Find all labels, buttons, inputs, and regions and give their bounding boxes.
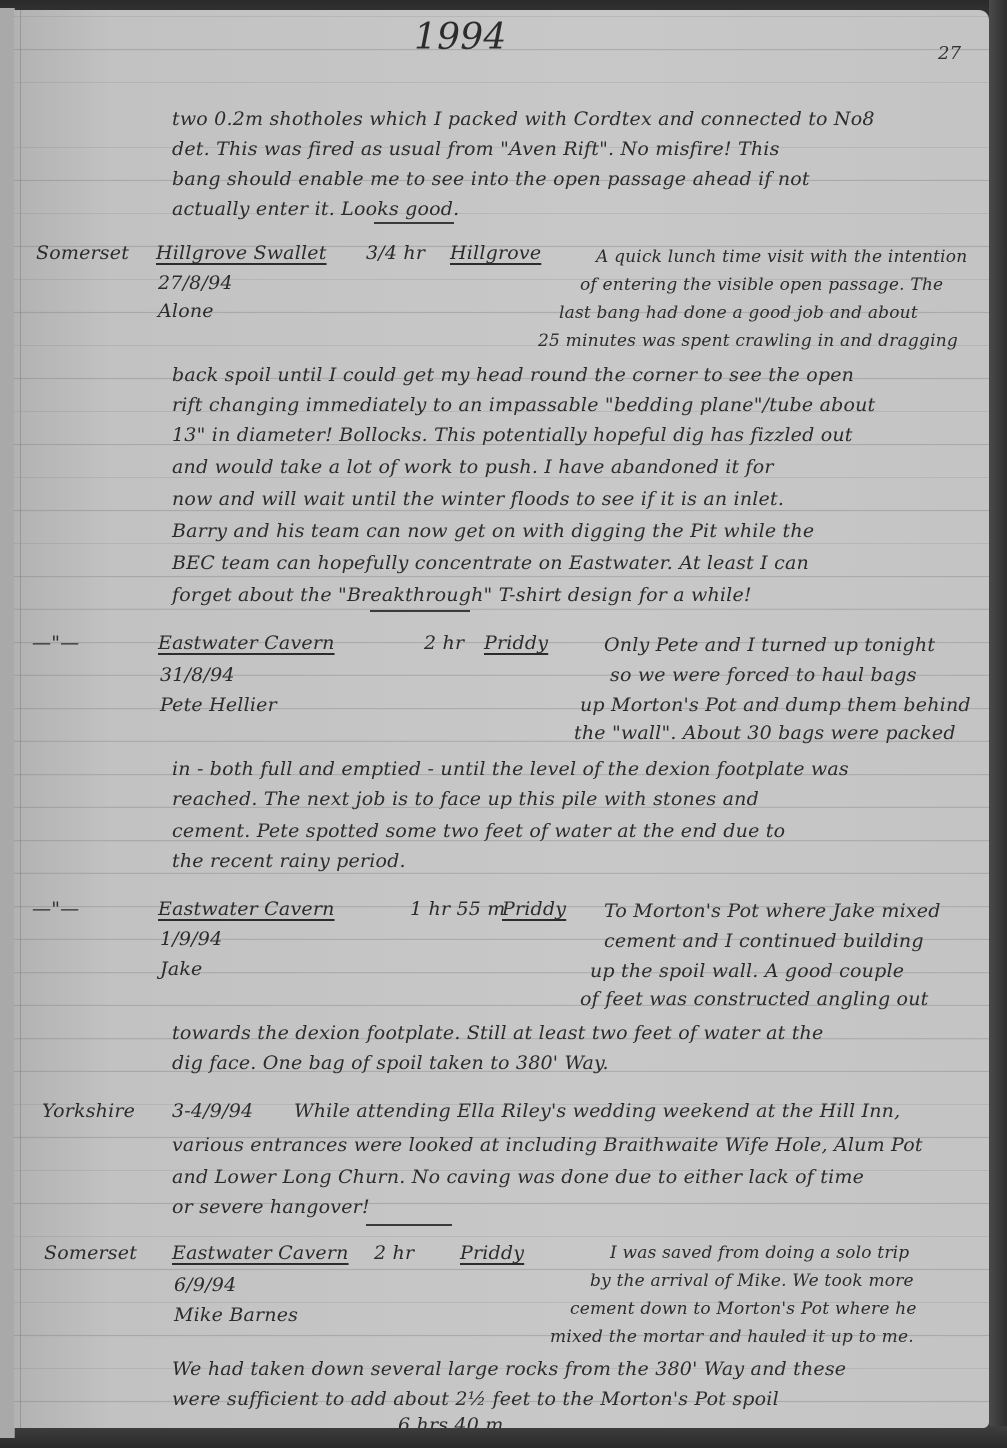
section-divider [366,1224,452,1226]
entry-text-line: 13" in diameter! Bollocks. This potentia… [172,420,853,451]
entry-party: Pete Hellier [160,690,277,721]
entry-text-line: up the spoil wall. A good couple [590,956,904,987]
entry-text-line: the recent rainy period. [172,846,406,877]
entry-text-line: rift changing immediately to an impassab… [172,390,875,421]
entry-text-line: A quick lunch time visit with the intent… [596,242,967,273]
entry-text-line: the "wall". About 30 bags were packed [574,718,956,749]
entry-duration: 1 hr 55 m [410,894,506,925]
entry-region: Somerset [44,1238,137,1269]
entry-region: Somerset [36,238,129,269]
entry-text-line: last bang had done a good job and about [559,298,918,329]
entry-duration: 3/4 hr [366,238,425,269]
entry-date: 27/8/94 [158,268,233,299]
entry-date: 3-4/9/94 [172,1096,253,1127]
continuation-line: two 0.2m shotholes which I packed with C… [172,104,875,135]
entry-cave-name: Hillgrove Swallet [156,238,327,269]
entry-location: Priddy [484,628,548,659]
entry-text-line: or severe hangover! [172,1192,370,1223]
entry-cave-name: Eastwater Cavern [158,894,335,925]
entry-text-line: back spoil until I could get my head rou… [172,360,854,391]
entry-text-line: mixed the mortar and hauled it up to me. [550,1322,914,1353]
entry-party: Jake [160,954,203,985]
entry-text-line: in - both full and emptied - until the l… [172,754,849,785]
section-divider [374,222,454,224]
continuation-line: det. This was fired as usual from "Aven … [172,134,780,165]
entry-party: Alone [158,296,214,327]
entry-duration: 2 hr [374,1238,414,1269]
continuation-line: actually enter it. Looks good. [172,194,459,225]
entry-text-line: now and will wait until the winter flood… [172,484,784,515]
entry-text-line: so we were forced to haul bags [610,660,917,691]
entry-date: 31/8/94 [160,660,235,691]
entry-text-line: by the arrival of Mike. We took more [590,1266,914,1297]
entry-text-line: various entrances were looked at includi… [172,1130,923,1161]
book-edge-bottom [0,1426,1007,1448]
notebook-page: 1994 27 two 0.2m shotholes which I packe… [14,10,989,1428]
page-number: 27 [938,38,961,69]
entry-region: —"— [32,628,79,659]
entry-text-line: and Lower Long Churn. No caving was done… [172,1162,864,1193]
entry-text-line: up Morton's Pot and dump them behind [580,690,971,721]
entry-location: Priddy [460,1238,524,1269]
entry-text-line: cement. Pete spotted some two feet of wa… [172,816,785,847]
entry-date: 6/9/94 [174,1270,236,1301]
entry-region: —"— [32,894,79,925]
entry-text-line: I was saved from doing a solo trip [610,1238,909,1269]
facing-page-edge [0,8,15,1438]
entry-text-line: We had taken down several large rocks fr… [172,1354,846,1385]
entry-text-line: To Morton's Pot where Jake mixed [604,896,941,927]
continuation-line: bang should enable me to see into the op… [172,164,810,195]
page-year: 1994 [414,22,506,53]
entry-text-line: reached. The next job is to face up this… [172,784,759,815]
entry-text-line: and would take a lot of work to push. I … [172,452,774,483]
section-divider [370,610,470,612]
entry-party: Mike Barnes [174,1300,298,1331]
entry-text-line: BEC team can hopefully concentrate on Ea… [172,548,809,579]
entry-duration: 2 hr [424,628,464,659]
book-edge-right [989,0,1007,1448]
entry-text-line: towards the dexion footplate. Still at l… [172,1018,823,1049]
entry-text-line: dig face. One bag of spoil taken to 380'… [172,1048,609,1079]
entry-text-line: forget about the "Breakthrough" T-shirt … [172,580,752,611]
entry-text-line: of feet was constructed angling out [580,984,928,1015]
entry-text-line: While attending Ella Riley's wedding wee… [294,1096,900,1127]
total-time: 6 hrs 40 m [398,1410,503,1428]
entry-text-line: Barry and his team can now get on with d… [172,516,814,547]
entry-text-line: Only Pete and I turned up tonight [604,630,935,661]
entry-location: Hillgrove [450,238,541,269]
entry-location: Priddy [502,894,566,925]
page-gutter [20,10,21,1428]
entry-text-line: 25 minutes was spent crawling in and dra… [538,326,958,357]
entry-text-line: cement and I continued building [604,926,924,957]
entry-date: 1/9/94 [160,924,222,955]
entry-region: Yorkshire [42,1096,135,1127]
entry-text-line: of entering the visible open passage. Th… [580,270,943,301]
entry-cave-name: Eastwater Cavern [158,628,335,659]
entry-cave-name: Eastwater Cavern [172,1238,349,1269]
entry-text-line: cement down to Morton's Pot where he [570,1294,917,1325]
